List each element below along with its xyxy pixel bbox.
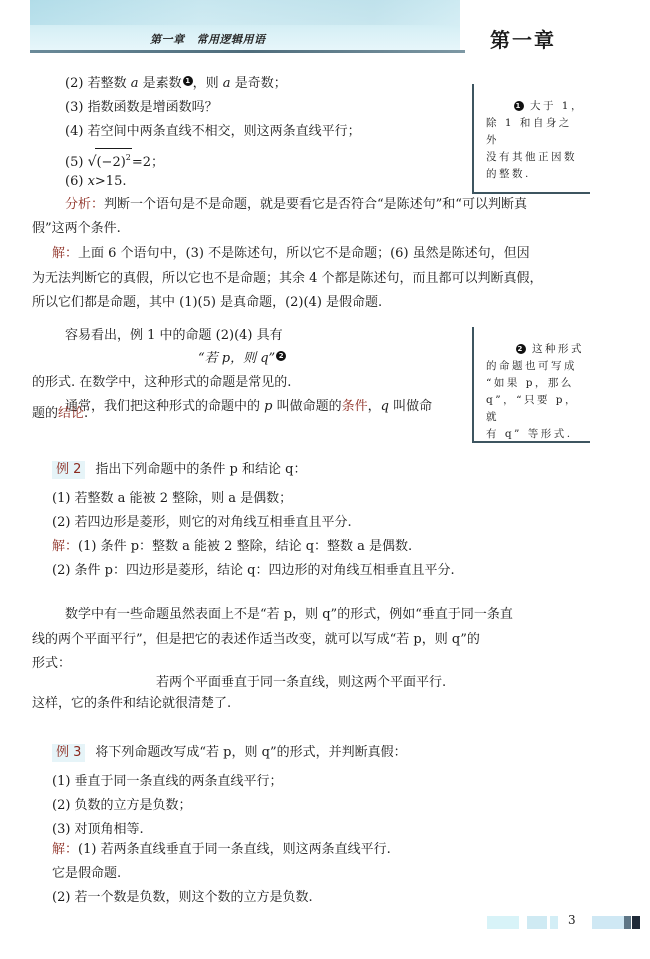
footer-deco-block <box>487 916 519 929</box>
rewrite-line-1: 数学中有一些命题虽然表面上不是“若 p，则 q”的形式，例如“垂直于同一条直 <box>65 606 513 624</box>
note-text: 这种形式 <box>532 343 584 355</box>
form-para-line-3: 的形式. 在数学中，这种形式的命题是常见的. <box>32 374 291 392</box>
chapter-title: 常用逻辑用语 <box>197 33 266 46</box>
footnote-mark-1: 1 <box>514 101 524 111</box>
para-text: 叫做命 <box>393 399 432 414</box>
para-text: 叫做命题的 <box>277 399 342 414</box>
example-prompt: 将下列命题改写成“若 p，则 q”的形式，并判断真假： <box>95 745 406 760</box>
ex1-item-5: (5) √(−2)2=2； <box>65 148 164 172</box>
footnote-mark-2: 2 <box>276 351 286 361</box>
example3-solution-3: (2) 若一个数是负数，则这个数的立方是负数. <box>52 889 313 907</box>
page-footer: 3 <box>0 912 650 936</box>
item-number: (5) <box>65 155 83 170</box>
radicand: (−2)2 <box>95 148 131 172</box>
note-line: 2 这种形式 <box>486 341 584 358</box>
example2-header: 例 2指出下列命题中的条件 p 和结论 q： <box>52 461 306 479</box>
note-line: q”，“只要 p，就 <box>486 392 584 426</box>
note-line: 的整数. <box>486 166 584 183</box>
example2-solution-1: 解：(1) 条件 p：整数 a 能被 2 整除，结论 q：整数 a 是偶数. <box>52 538 412 556</box>
item-text: 是素数 <box>143 76 182 91</box>
example-label: 例 2 <box>52 461 85 479</box>
note-line: 有 q” 等形式. <box>486 426 584 443</box>
term-condition: 条件 <box>342 399 368 414</box>
ex1-item-3: (3) 指数函数是增函数吗？ <box>65 99 218 117</box>
para-text: . <box>84 406 88 421</box>
solution-text: (1) 条件 p：整数 a 能被 2 整除，结论 q：整数 a 是偶数. <box>78 539 412 554</box>
footer-deco-block <box>592 916 624 929</box>
rewrite-line-3: 形式： <box>32 655 71 673</box>
rewrite-centered: 若两个平面垂直于同一条直线，则这两个平面平行. <box>156 674 446 692</box>
running-header: 第一章常用逻辑用语 <box>150 31 266 47</box>
item-text: =2； <box>132 155 164 170</box>
solution-text: 上面 6 个语句中，(3) 不是陈述句，所以它不是命题；(6) 虽然是陈述句，但… <box>78 246 530 261</box>
example3-solution-1: 解：(1) 若两条直线垂直于同一条直线，则这两条直线平行. <box>52 841 391 859</box>
example3-header: 例 3将下列命题改写成“若 p，则 q”的形式，并判断真假： <box>52 744 407 762</box>
note-line: 没有其他正因数 <box>486 149 584 166</box>
solution1-line-1: 解：上面 6 个语句中，(3) 不是陈述句，所以它不是命题；(6) 虽然是陈述句… <box>52 245 530 263</box>
exponent: 2 <box>126 153 131 162</box>
analysis-text: 判断一个语句是不是命题，就是要看它是否符合“是陈述句”和“可以判断真 <box>104 197 527 212</box>
radicand-base: (−2) <box>96 155 125 170</box>
ex1-item-4: (4) 若空间中两条直线不相交，则这两条直线平行； <box>65 123 361 141</box>
item-text: 若空间中两条直线不相交，则这两条直线平行； <box>88 124 361 139</box>
example-prompt: 指出下列命题中的条件 p 和结论 q： <box>95 462 306 477</box>
var-x: x <box>88 174 95 189</box>
note-line: 除 1 和自身之外 <box>486 115 584 149</box>
footer-deco-block <box>632 916 640 929</box>
var-p: p <box>264 399 272 414</box>
form-para-line-5-final: 题的结论. <box>32 405 88 423</box>
item-text: 指数函数是增函数吗？ <box>88 100 218 115</box>
example3-item-2: (2) 负数的立方是负数； <box>52 797 192 815</box>
margin-note-1: 1 大于 1， 除 1 和自身之外 没有其他正因数 的整数. <box>472 84 590 194</box>
var-a: a <box>131 76 139 91</box>
item-text: >15. <box>95 174 127 189</box>
para-text: 通常，我们把这种形式的命题中的 <box>65 399 260 414</box>
rewrite-line-2: 线的两个平面平行”，但是把它的表述作适当改变，就可以写成“若 p，则 q”的 <box>32 631 480 649</box>
solution-label: 解： <box>52 539 78 554</box>
solution1-line-2: 为无法判断它的真假，所以它也不是命题；其余 4 个都是陈述句，而且都可以判断真假… <box>32 270 543 288</box>
header-rule <box>30 50 465 53</box>
var-a: a <box>223 76 231 91</box>
item-text: ，则 <box>193 76 219 91</box>
formula-text: “若 p，则 q” <box>198 351 275 366</box>
analysis-line-1: 分析：判断一个语句是不是命题，就是要看它是否符合“是陈述句”和“可以判断真 <box>65 196 527 214</box>
item-text: 是奇数； <box>235 76 287 91</box>
solution1-line-3: 所以它们都是命题，其中 (1)(5) 是真命题，(2)(4) 是假命题. <box>32 294 382 312</box>
page-number: 3 <box>568 913 576 927</box>
example-label: 例 3 <box>52 744 85 762</box>
footnote-mark-1: 1 <box>183 76 193 86</box>
example3-item-1: (1) 垂直于同一条直线的两条直线平行； <box>52 773 283 791</box>
chapter-tab: 第一章 <box>490 24 556 53</box>
example3-item-3: (3) 对顶角相等. <box>52 821 144 839</box>
page-header: 第一章常用逻辑用语 第一章 <box>0 0 650 52</box>
item-number: (3) <box>65 100 83 115</box>
var-q: q <box>381 399 389 414</box>
footnote-mark-2: 2 <box>516 344 526 354</box>
solution-label: 解： <box>52 842 78 857</box>
term-conclusion: 结论 <box>58 406 84 421</box>
solution-label: 解： <box>52 246 78 261</box>
note-line: 的命题也可写成 <box>486 358 584 375</box>
margin-note-2: 2 这种形式 的命题也可写成 “如果 p，那么 q”，“只要 p，就 有 q” … <box>472 327 590 443</box>
footer-deco-block <box>550 916 558 929</box>
ex1-item-6: (6) x>15. <box>65 173 126 191</box>
example2-item-1: (1) 若整数 a 能被 2 整除，则 a 是偶数； <box>52 490 292 508</box>
solution-text: (1) 若两条直线垂直于同一条直线，则这两条直线平行. <box>78 842 391 857</box>
example2-item-2: (2) 若四边形是菱形，则它的对角线互相垂直且平分. <box>52 514 352 532</box>
form-para-line-1: 容易看出，例 1 中的命题 (2)(4) 具有 <box>65 327 283 345</box>
rewrite-line-5: 这样，它的条件和结论就很清楚了. <box>32 695 231 713</box>
item-number: (4) <box>65 124 83 139</box>
footer-deco-block <box>624 916 631 929</box>
example2-solution-2: (2) 条件 p：四边形是菱形，结论 q：四边形的对角线互相垂直且平分. <box>52 562 455 580</box>
para-text: ， <box>368 399 381 414</box>
ex1-item-2: (2) 若整数 a 是素数1，则 a 是奇数； <box>65 75 287 93</box>
para-text: 题的 <box>32 406 58 421</box>
analysis-label: 分析： <box>65 197 104 212</box>
note-line: 1 大于 1， <box>486 98 584 115</box>
form-formula: “若 p，则 q”2 <box>198 350 286 368</box>
item-number: (6) <box>65 174 83 189</box>
note-line: “如果 p，那么 <box>486 375 584 392</box>
footer-deco-block <box>527 916 547 929</box>
item-number: (2) <box>65 76 83 91</box>
chapter-number: 第一章 <box>150 33 185 46</box>
note-text: 大于 1， <box>530 100 584 112</box>
analysis-line-2: 假”这两个条件. <box>32 220 121 238</box>
example3-solution-2: 它是假命题. <box>52 865 121 883</box>
form-para-line-4: 通常，我们把这种形式的命题中的 p 叫做命题的条件，q 叫做命 <box>65 398 432 416</box>
item-text: 若整数 <box>88 76 127 91</box>
